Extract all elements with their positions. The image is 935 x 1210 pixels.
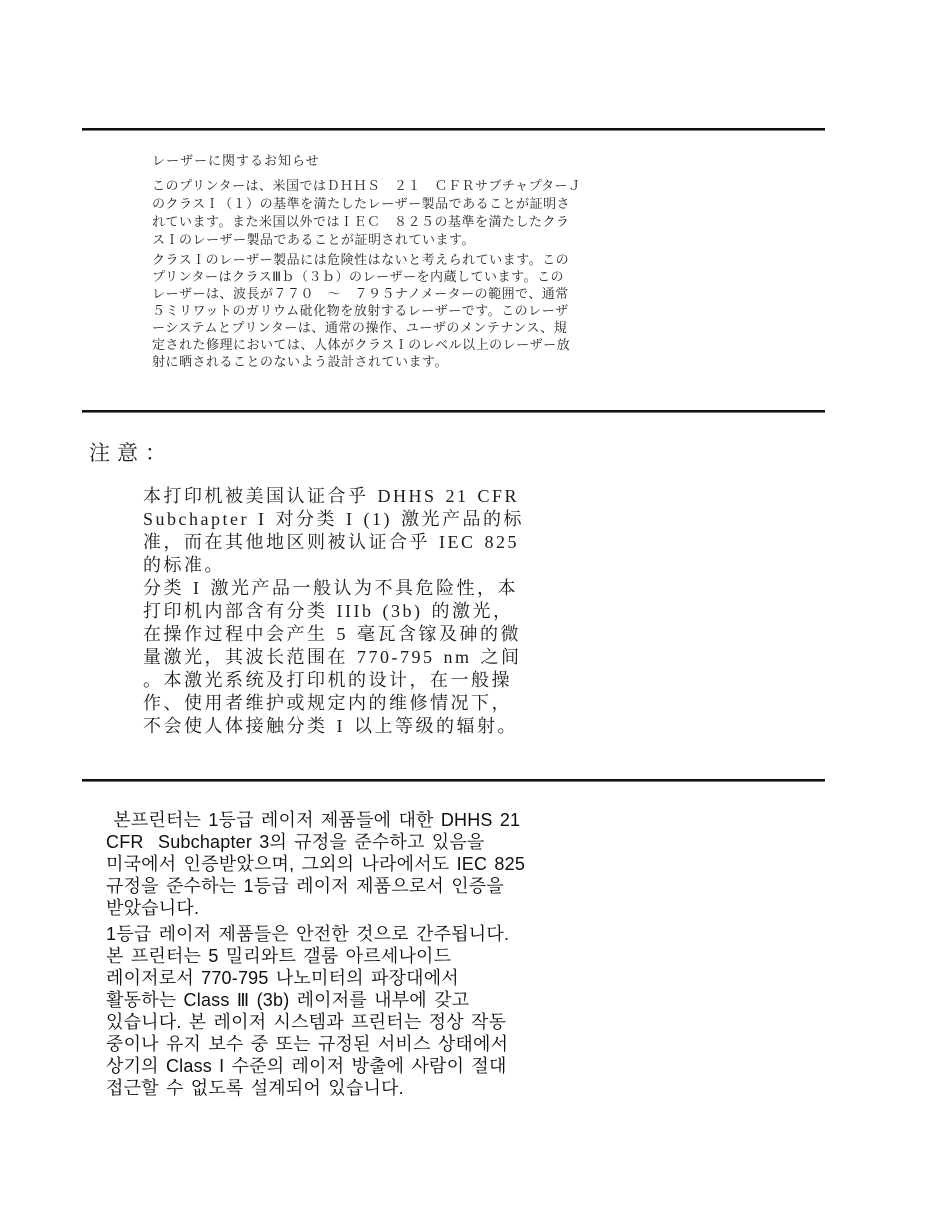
horizontal-rule-top [82, 128, 825, 131]
korean-paragraph-2: 1등급 레이저 제품들은 안전한 것으로 간주됩니다. 본 프린터는 5 밀리와… [106, 923, 509, 1099]
text-line: Subchapter I 对分类 I (1) 激光产品的标 [143, 508, 524, 531]
text-line: 받았습니다. [106, 897, 525, 919]
text-line: 접근할 수 없도록 설계되어 있습니다. [106, 1077, 509, 1099]
text-line: 定された修理においては、人体がクラスＩのレベル以上のレーザー放 [152, 336, 570, 353]
text-line: 중이나 유지 보수 중 또는 규정된 서비스 상태에서 [106, 1033, 509, 1055]
text-line: 本打印机被美国认证合乎 DHHS 21 CFR [143, 485, 524, 508]
text-line: のクラスＩ（１）の基準を満たしたレーザー製品であることが証明さ [152, 195, 582, 213]
text-line: 있습니다. 본 레이저 시스템과 프린터는 정상 작동 [106, 1011, 509, 1033]
text-line: 본프린터는 1등급 레이저 제품들에 대한 DHHS 21 [106, 809, 525, 831]
text-line: 규정을 준수하는 1등급 레이저 제품으로서 인증을 [106, 875, 525, 897]
text-line: 레이저로서 770-795 나노미터의 파장대에서 [106, 967, 509, 989]
text-line: 본 프린터는 5 밀리와트 갤룸 아르세나이드 [106, 945, 509, 967]
text-line: 1등급 레이저 제품들은 안전한 것으로 간주됩니다. [106, 923, 509, 945]
text-line: スＩのレーザー製品であることが証明されています。 [152, 231, 582, 249]
text-line: 不会使人体接触分类 I 以上等级的辐射。 [143, 715, 522, 738]
text-line: 。本激光系统及打印机的设计，在一般操 [143, 669, 522, 692]
text-line: 미국에서 인증받았으며, 그외의 나라에서도 IEC 825 [106, 853, 525, 875]
horizontal-rule-bottom [82, 779, 825, 782]
text-line: ５ミリワットのガリウム砒化物を放射するレーザーです。このレーザ [152, 302, 570, 319]
text-line: れています。また米国以外ではＩＥＣ ８２５の基準を満たしたクラ [152, 213, 582, 231]
japanese-notice-title: レーザーに関するお知らせ [152, 150, 320, 169]
chinese-notice-heading: 注意： [89, 437, 173, 467]
chinese-paragraph-2: 分类 I 激光产品一般认为不具危险性，本 打印机内部含有分类 IIIb (3b)… [143, 577, 522, 738]
text-line: 활동하는 Class Ⅲ (3b) 레이저를 내부에 갖고 [106, 989, 509, 1011]
japanese-paragraph-2: クラスＩのレーザー製品には危険性はないと考えられています。この プリンターはクラ… [152, 251, 570, 370]
text-line: 打印机内部含有分类 IIIb (3b) 的激光， [143, 600, 522, 623]
text-line: 射に晒されることのないよう設計されています。 [152, 353, 570, 370]
text-line: 准，而在其他地区则被认证合乎 IEC 825 [143, 531, 524, 554]
text-line: 作、使用者维护或规定内的维修情况下， [143, 692, 522, 715]
text-line: ーシステムとプリンターは、通常の操作、ユーザのメンテナンス、規 [152, 319, 570, 336]
text-line: クラスＩのレーザー製品には危険性はないと考えられています。この [152, 251, 570, 268]
horizontal-rule-middle [82, 410, 825, 413]
text-line: 상기의 Class I 수준의 레이저 방출에 사람이 절대 [106, 1055, 509, 1077]
text-line: 分类 I 激光产品一般认为不具危险性，本 [143, 577, 522, 600]
chinese-paragraph-1: 本打印机被美国认证合乎 DHHS 21 CFR Subchapter I 对分类… [143, 485, 524, 577]
text-line: プリンターはクラスⅢｂ（３ｂ）のレーザーを内蔵しています。この [152, 268, 570, 285]
text-line: 在操作过程中会产生 5 毫瓦含镓及砷的微 [143, 623, 522, 646]
text-line: レーザーは、波長が７７０ ～ ７９５ナノメーターの範囲で、通常 [152, 285, 570, 302]
text-line: 量激光，其波长范围在 770-795 nm 之间 [143, 646, 522, 669]
text-line: CFR Subchapter 3의 규정을 준수하고 있음을 [106, 831, 525, 853]
japanese-paragraph-1: このプリンターは、米国ではＤＨＨＳ ２１ ＣＦＲサブチャプターＪ のクラスＩ（１… [152, 177, 582, 249]
text-line: このプリンターは、米国ではＤＨＨＳ ２１ ＣＦＲサブチャプターＪ [152, 177, 582, 195]
korean-paragraph-1: 본프린터는 1등급 레이저 제품들에 대한 DHHS 21 CFR Subcha… [106, 809, 525, 919]
text-line: 的标准。 [143, 554, 524, 577]
